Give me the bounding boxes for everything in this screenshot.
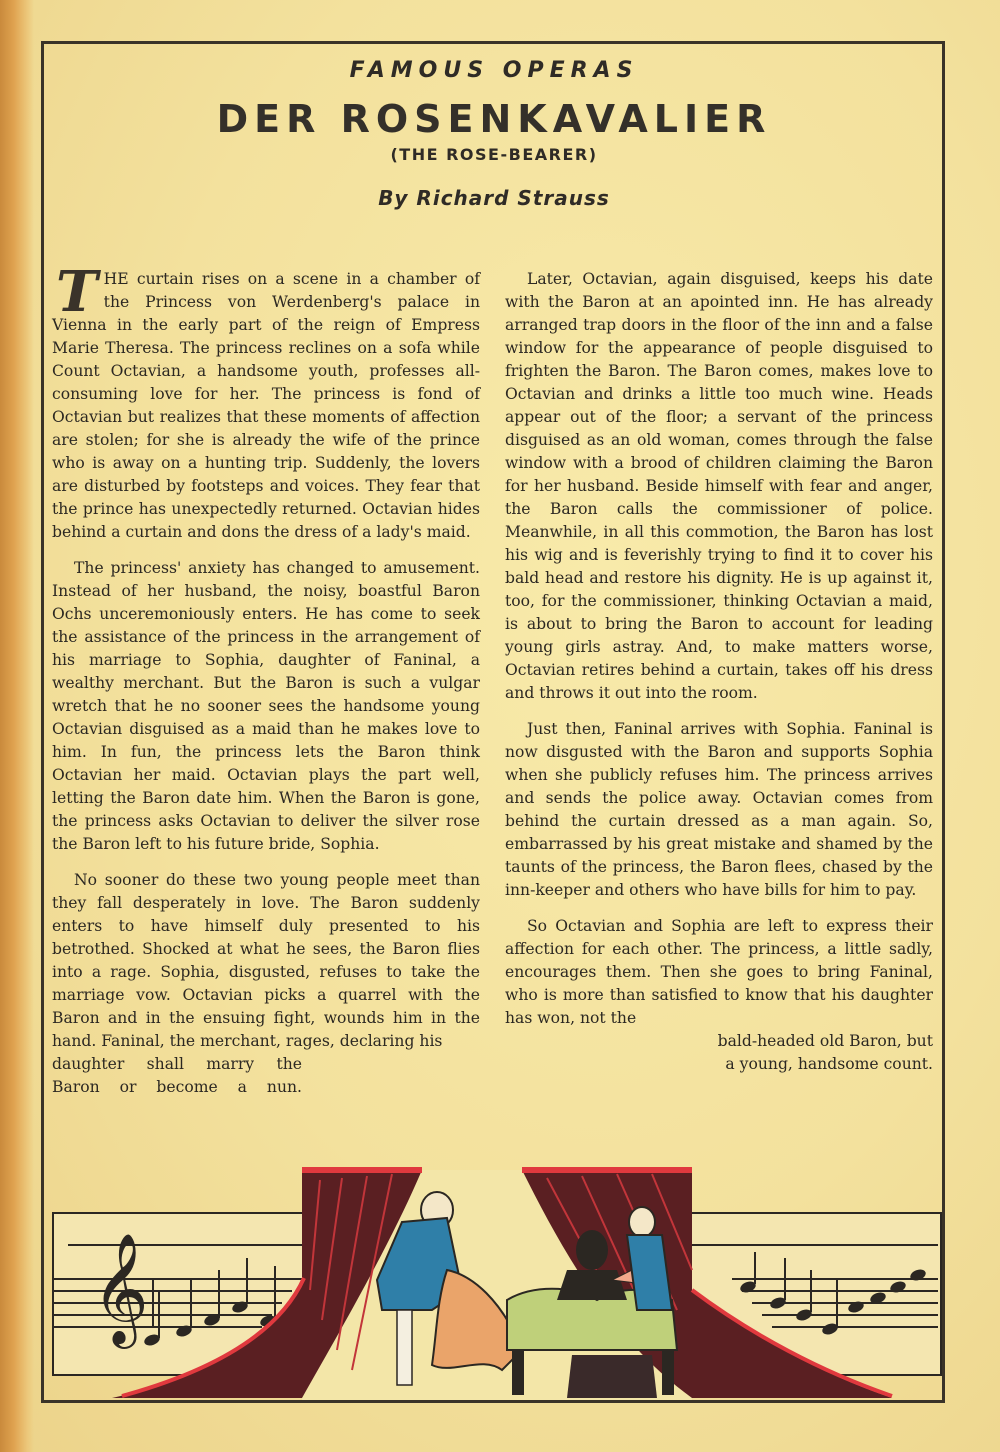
- paragraph: THE curtain rises on a scene in a chambe…: [52, 268, 480, 544]
- page-header: FAMOUS OPERAS DER ROSENKAVALIER (THE ROS…: [44, 50, 944, 210]
- page-subtitle: (THE ROSE-BEARER): [44, 145, 944, 164]
- article-right-column: Later, Octavian, again disguised, keeps …: [505, 268, 933, 1076]
- paragraph: So Octavian and Sophia are left to expre…: [505, 915, 933, 1030]
- paragraph-tail: bald-headed old Baron, but a young, hand…: [693, 1030, 933, 1076]
- stage-scene-art: [52, 1160, 942, 1403]
- paper-edge-stain: [0, 0, 34, 1452]
- paragraph: Later, Octavian, again disguised, keeps …: [505, 268, 933, 705]
- paragraph: Just then, Faninal arrives with Sophia. …: [505, 718, 933, 902]
- article-left-column: THE curtain rises on a scene in a chambe…: [52, 268, 480, 1099]
- paragraph: No sooner do these two young people meet…: [52, 869, 480, 1053]
- dropcap: T: [56, 270, 98, 314]
- page-title: DER ROSENKAVALIER: [44, 97, 944, 141]
- opera-illustration: 𝄞: [52, 1160, 942, 1403]
- paragraph: The princess' anxiety has changed to amu…: [52, 557, 480, 856]
- paragraph-tail: daughter shall marry the Baron or become…: [52, 1053, 302, 1099]
- series-heading: FAMOUS OPERAS: [44, 58, 944, 83]
- byline: By Richard Strauss: [44, 186, 944, 210]
